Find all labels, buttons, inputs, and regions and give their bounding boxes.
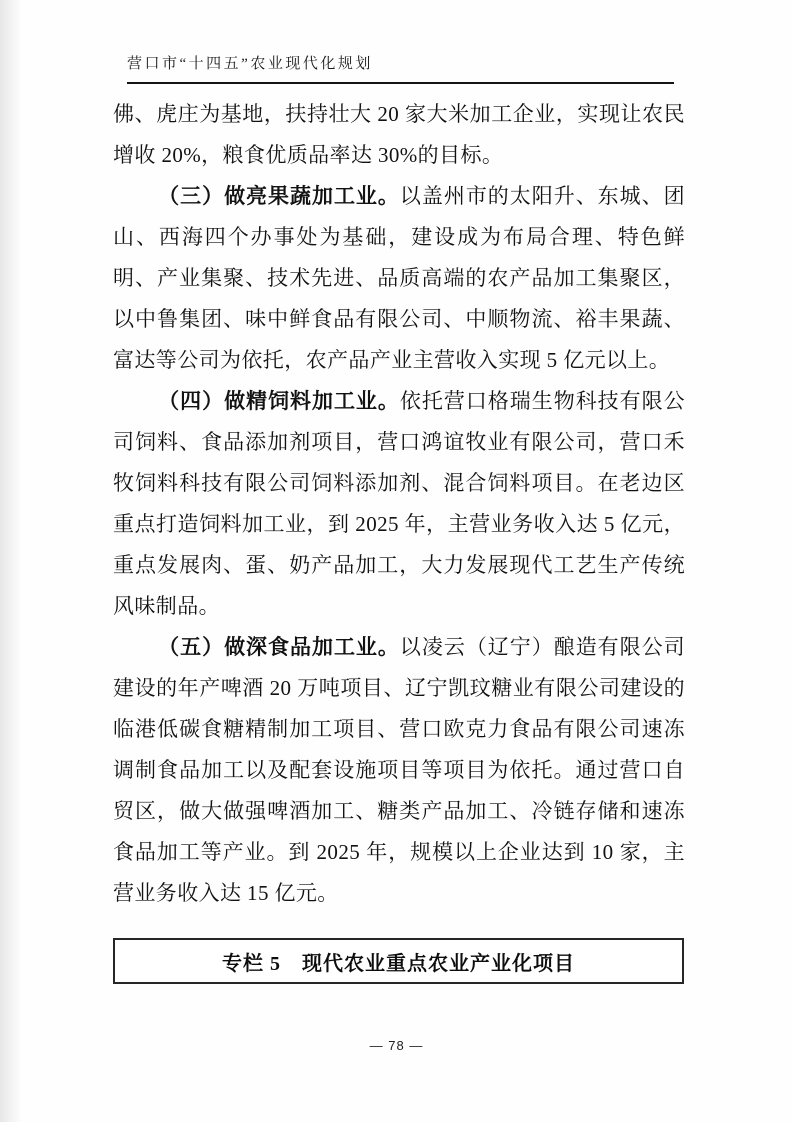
running-header-title: 营口市“十四五”农业现代化规划 [127, 56, 373, 72]
paragraph-lead: （五）做深食品加工业。 [158, 635, 400, 659]
paragraph-text: 依托营口格瑞生物科技有限公司饲料、食品添加剂项目，营口鸿谊牧业有限公司，营口禾牧… [113, 389, 685, 618]
document-body: 佛、虎庄为基地，扶持壮大 20 家大米加工企业，实现让农民增收 20%，粮食优质… [113, 94, 685, 914]
page-footer: — 78 — [0, 1038, 793, 1053]
callout-box-column-5: 专栏 5 现代农业重点农业产业化项目 [113, 938, 684, 984]
page-number: — 78 — [370, 1038, 424, 1053]
paragraph-text: 以盖州市的太阳升、东城、团山、西海四个办事处为基础，建设成为布局合理、特色鲜明、… [113, 184, 685, 372]
paragraph-continuation: 佛、虎庄为基地，扶持壮大 20 家大米加工企业，实现让农民增收 20%，粮食优质… [113, 94, 685, 176]
paragraph-lead: （三）做亮果蔬加工业。 [158, 184, 400, 208]
document-page: 营口市“十四五”农业现代化规划 佛、虎庄为基地，扶持壮大 20 家大米加工企业，… [0, 0, 793, 1122]
page-edge-shadow [0, 0, 22, 1122]
callout-box-title: 专栏 5 现代农业重点农业产业化项目 [222, 947, 575, 976]
paragraph-section-5: （五）做深食品加工业。以凌云（辽宁）酿造有限公司建设的年产啤酒 20 万吨项目、… [113, 627, 685, 914]
paragraph-section-4: （四）做精饲料加工业。依托营口格瑞生物科技有限公司饲料、食品添加剂项目，营口鸿谊… [113, 381, 685, 627]
paragraph-text: 以凌云（辽宁）酿造有限公司建设的年产啤酒 20 万吨项目、辽宁凯玟糖业有限公司建… [113, 635, 685, 905]
paragraph-lead: （四）做精饲料加工业。 [158, 389, 400, 413]
paragraph-section-3: （三）做亮果蔬加工业。以盖州市的太阳升、东城、团山、西海四个办事处为基础，建设成… [113, 176, 685, 381]
paragraph-text: 佛、虎庄为基地，扶持壮大 20 家大米加工企业，实现让农民增收 20%，粮食优质… [113, 102, 685, 167]
page-header: 营口市“十四五”农业现代化规划 [127, 52, 674, 84]
